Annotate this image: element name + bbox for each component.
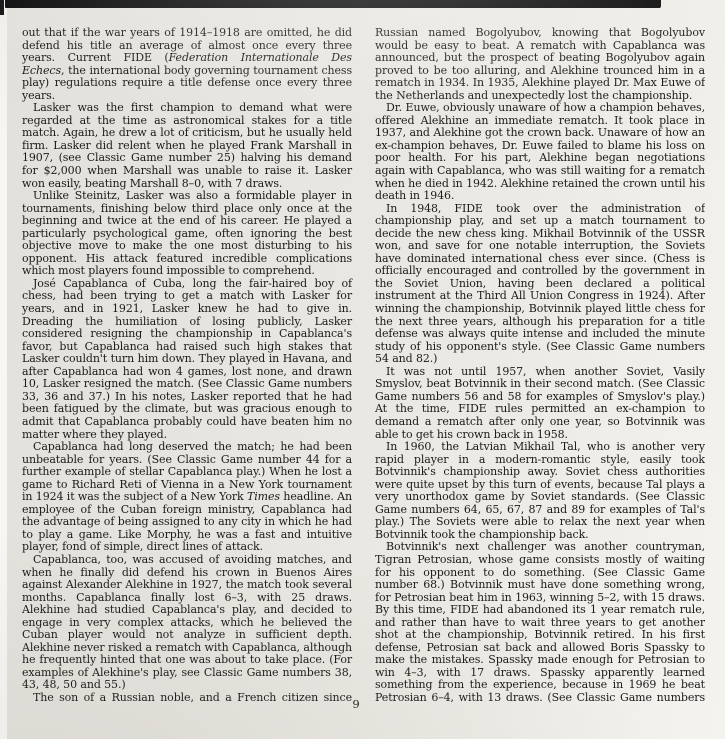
paragraph: Capablanca had long deserved the match; … xyxy=(22,441,352,554)
text-columns: out that if the war years of 1914–1918 a… xyxy=(22,27,705,703)
paragraph: Unlike Steinitz, Lasker was also a formi… xyxy=(22,190,352,278)
text-run: Botvinnik's next challenger was another … xyxy=(375,540,705,703)
text-run: It was not until 1957, when another Sovi… xyxy=(375,365,705,441)
paragraph: It was not until 1957, when another Sovi… xyxy=(375,366,705,441)
paragraph: Lasker was the first champion to demand … xyxy=(22,102,352,190)
text-run: Dr. Euwe, obviously unaware of how a cha… xyxy=(375,101,705,202)
paragraph: José Capablanca of Cuba, long the fair-h… xyxy=(22,278,352,441)
page-number: 9 xyxy=(0,697,712,711)
text-run: Capablanca, too, was accused of avoiding… xyxy=(22,553,352,691)
paragraph: In 1960, the Latvian Mikhail Tal, who is… xyxy=(375,441,705,541)
text-run: Lasker was the first champion to demand … xyxy=(22,101,352,189)
scan-corner-mark xyxy=(0,0,4,15)
paragraph: out that if the war years of 1914–1918 a… xyxy=(22,27,352,102)
left-column: out that if the war years of 1914–1918 a… xyxy=(22,27,352,703)
page-left-edge xyxy=(0,0,7,739)
paragraph: Russian named Bogolyubov, knowing that B… xyxy=(375,27,705,102)
scan-top-band xyxy=(5,0,661,8)
text-run: , the international body governing tourn… xyxy=(22,64,352,102)
text-run: In 1948, FIDE took over the administrati… xyxy=(375,202,705,366)
scanned-book-page: out that if the war years of 1914–1918 a… xyxy=(0,0,725,739)
text-run: José Capablanca of Cuba, long the fair-h… xyxy=(22,277,352,441)
paragraph: Capablanca, too, was accused of avoiding… xyxy=(22,554,352,692)
text-run: In 1960, the Latvian Mikhail Tal, who is… xyxy=(375,440,705,541)
paragraph: Dr. Euwe, obviously unaware of how a cha… xyxy=(375,102,705,202)
italic-text-run: Times xyxy=(247,490,280,503)
text-run: Russian named Bogolyubov, knowing that B… xyxy=(375,27,705,102)
right-column: Russian named Bogolyubov, knowing that B… xyxy=(375,27,705,703)
text-run: Unlike Steinitz, Lasker was also a formi… xyxy=(22,189,352,277)
paragraph: In 1948, FIDE took over the administrati… xyxy=(375,203,705,366)
paragraph: Botvinnik's next challenger was another … xyxy=(375,541,705,703)
